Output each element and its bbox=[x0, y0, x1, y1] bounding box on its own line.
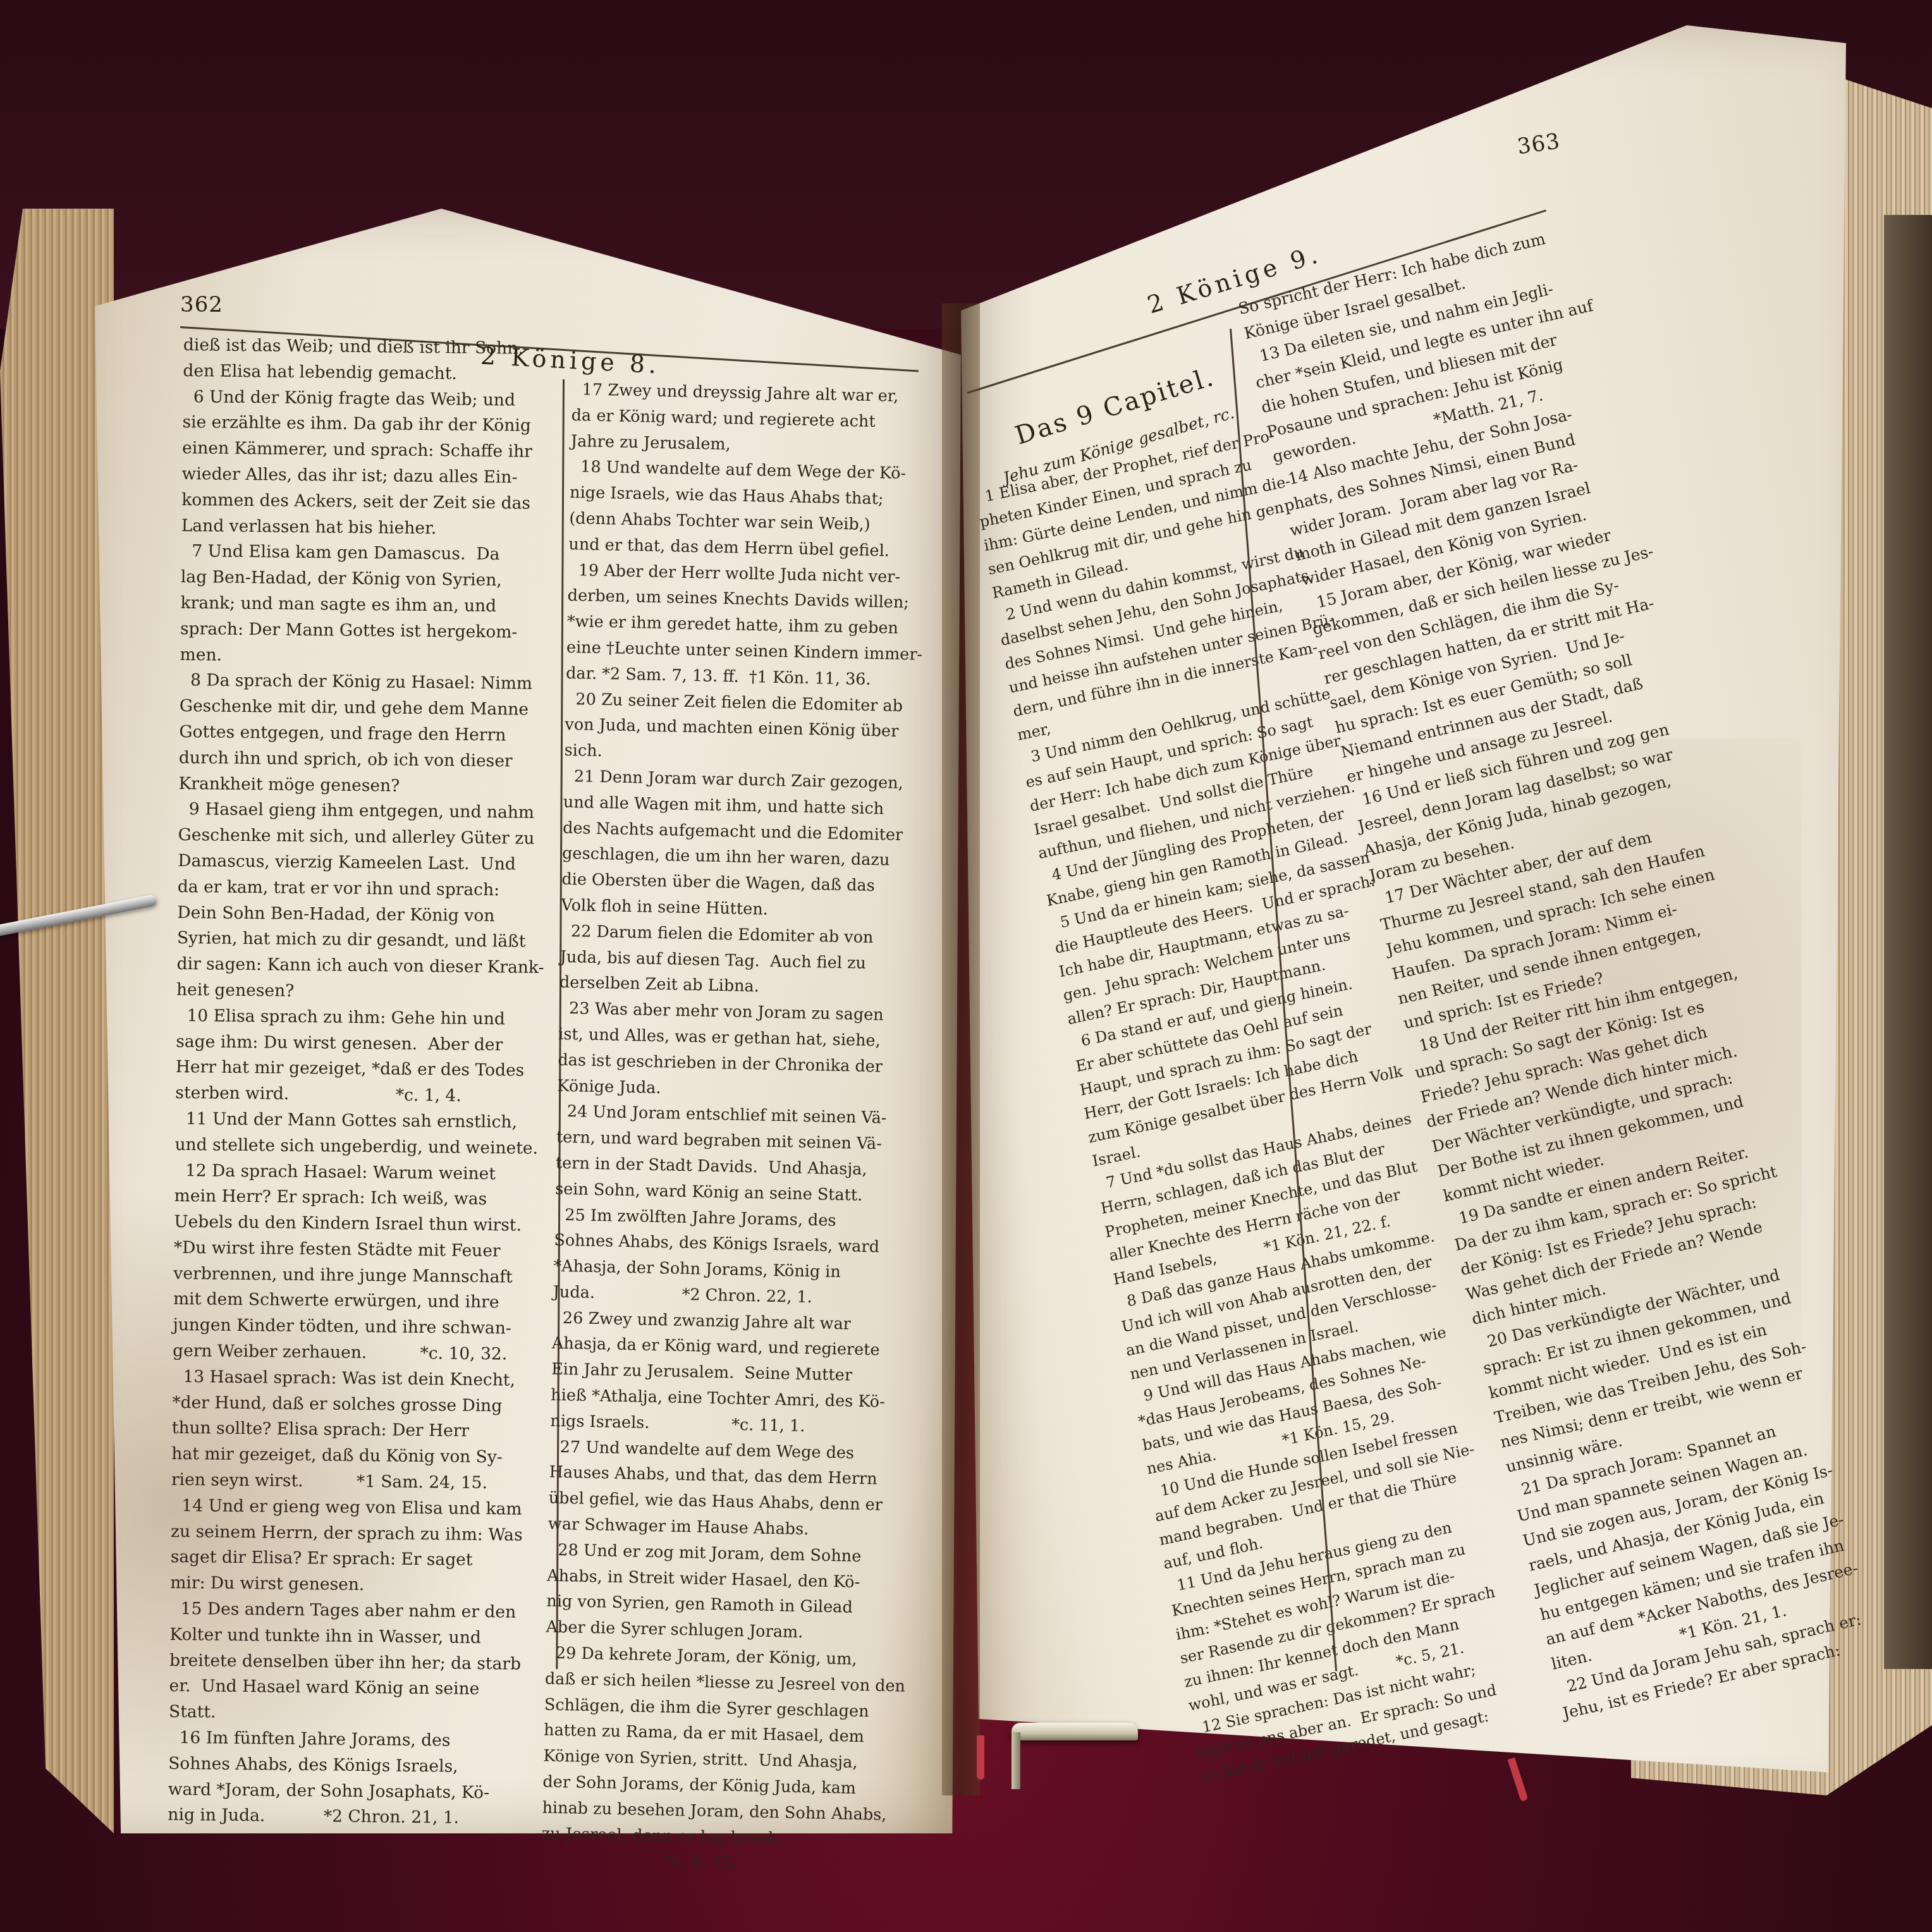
text-line: 6 Und der König fragte das Weib; und bbox=[183, 384, 550, 414]
text-line: 14 Und er gieng weg von Elisa und kam bbox=[171, 1493, 538, 1523]
text-line: Geschenke mit sich, und allerley Güter z… bbox=[178, 822, 545, 852]
text-line: Herr hat mir gezeiget, *daß er des Todes bbox=[176, 1055, 543, 1084]
text-line: einen Kämmerer, und sprach: Schaffe ihr bbox=[182, 436, 549, 465]
left-page-column-1: dieß ist das Weib; und dieß ist ihr Sohn… bbox=[168, 333, 551, 1832]
text-line: krank; und man sagte es ihm an, und bbox=[180, 590, 547, 620]
text-line: gern Weiber zerhauen. *c. 10, 32. bbox=[173, 1338, 540, 1368]
text-line: lag Ben-Hadad, der König von Syrien, bbox=[181, 565, 548, 594]
text-line: Syrien, hat mich zu dir gesandt, und läß… bbox=[177, 926, 544, 955]
text-line: mit dem Schwerte erwürgen, und ihre bbox=[173, 1287, 541, 1316]
text-line: Geschenke mit dir, und gehe dem Manne bbox=[180, 694, 547, 723]
text-line: 11 Und der Mann Gottes sah ernstlich, bbox=[175, 1106, 542, 1136]
text-line: den Elisa hat lebendig gemacht. bbox=[183, 358, 550, 388]
text-line: da er kam, trat er vor ihn und sprach: bbox=[178, 874, 545, 904]
text-line: Dein Sohn Ben-Hadad, der König von bbox=[177, 900, 544, 929]
book-cover-edge bbox=[1884, 215, 1932, 1669]
text-line: mir: Du wirst genesen. bbox=[170, 1570, 537, 1600]
left-page-column-2: 17 Zwey und dreyssig Jahre alt war er,da… bbox=[541, 377, 932, 1880]
text-line: Kolter und tunkte ihn in Wasser, und bbox=[169, 1622, 537, 1652]
left-page-edges bbox=[0, 209, 114, 1833]
text-line: nig in Juda. *2 Chron. 21, 1. bbox=[168, 1802, 535, 1832]
text-line: breitete denselben über ihn her; da star… bbox=[169, 1648, 537, 1678]
text-line: dir sagen: Kann ich auch von dieser Kran… bbox=[176, 951, 544, 981]
ribbon-marker-1 bbox=[977, 1735, 984, 1780]
text-line: 10 Elisa sprach zu ihm: Gehe hin und bbox=[176, 1003, 543, 1033]
text-line: Land verlassen hat bis hieher. bbox=[181, 513, 549, 543]
text-line: Gottes entgegen, und frage den Herrn bbox=[179, 719, 546, 749]
text-line: sage ihm: Du wirst genesen. Aber der bbox=[176, 1029, 543, 1058]
text-line: wieder Alles, das ihr ist; dazu alles Ei… bbox=[181, 462, 549, 491]
text-line: *Du wirst ihre festen Städte mit Feuer bbox=[174, 1235, 541, 1265]
book-stand-leg bbox=[1012, 1732, 1020, 1789]
text-line: thun sollte? Elisa sprach: Der Herr bbox=[172, 1415, 539, 1445]
text-line: Damascus, vierzig Kameelen Last. Und bbox=[178, 848, 545, 878]
text-line: 8 Da sprach der König zu Hasael: Nimm bbox=[180, 668, 547, 697]
text-line: men. bbox=[180, 642, 547, 672]
text-line: sie erzählte es ihm. Da gab ihr der Köni… bbox=[182, 410, 549, 439]
text-line: 9 Hasael gieng ihm entgegen, und nahm bbox=[178, 797, 546, 826]
text-line: heit genesen? bbox=[176, 977, 544, 1007]
text-line: 12 Da sprach Hasael: Warum weinet bbox=[174, 1158, 542, 1187]
text-line: und stellete sich ungeberdig, und weinet… bbox=[174, 1132, 542, 1162]
text-line: saget dir Elisa? Er sprach: Er saget bbox=[170, 1544, 537, 1574]
text-line: kommen des Ackers, seit der Zeit sie das bbox=[181, 487, 549, 517]
text-line: Sohnes Ahabs, des Königs Israels, bbox=[168, 1751, 535, 1781]
page-number-left: 362 bbox=[180, 292, 223, 317]
text-line: durch ihn und sprich, ob ich von dieser bbox=[179, 745, 546, 775]
text-line: er. Und Hasael ward König an seine bbox=[169, 1673, 536, 1703]
text-line: sprach: Der Mann Gottes ist hergekom- bbox=[180, 616, 547, 646]
text-line: hat mir gezeiget, daß du König von Sy- bbox=[171, 1441, 539, 1471]
text-line: sterben wird. *c. 1, 4. bbox=[175, 1080, 542, 1110]
ribbon-marker-2 bbox=[1507, 1758, 1528, 1802]
text-line: mein Herr? Er sprach: Ich weiß, was bbox=[174, 1183, 541, 1213]
open-bible: 362 2 Könige 8. dieß ist das Weib; und d… bbox=[0, 0, 1932, 1932]
text-line: dieß ist das Weib; und dieß ist ihr Sohn… bbox=[183, 333, 551, 362]
text-line: 15 Des andern Tages aber nahm er den bbox=[170, 1596, 537, 1626]
book-gutter bbox=[942, 303, 980, 1795]
text-line: jungen Kinder tödten, und ihre schwan- bbox=[173, 1312, 540, 1342]
text-line: ward *Joram, der Sohn Josaphats, Kö- bbox=[168, 1776, 535, 1806]
text-line: Uebels du den Kindern Israel thun wirst. bbox=[174, 1209, 541, 1239]
text-line: 7 Und Elisa kam gen Damascus. Da bbox=[181, 539, 548, 568]
book-stand bbox=[1012, 1723, 1138, 1740]
text-line: 16 Im fünften Jahre Jorams, des bbox=[169, 1725, 536, 1755]
text-line: Krankheit möge genesen? bbox=[178, 771, 546, 801]
text-line: 13 Hasael sprach: Was ist dein Knecht, bbox=[172, 1364, 539, 1394]
text-line: verbrennen, und ihre junge Mannschaft bbox=[173, 1261, 541, 1291]
text-line: Statt. bbox=[169, 1699, 536, 1729]
text-line: zu seinem Herrn, der sprach zu ihm: Was bbox=[171, 1519, 538, 1549]
text-line: rien seyn wirst. *1 Sam. 24, 15. bbox=[171, 1467, 539, 1497]
text-line: *der Hund, daß er solches grosse Ding bbox=[172, 1390, 539, 1420]
